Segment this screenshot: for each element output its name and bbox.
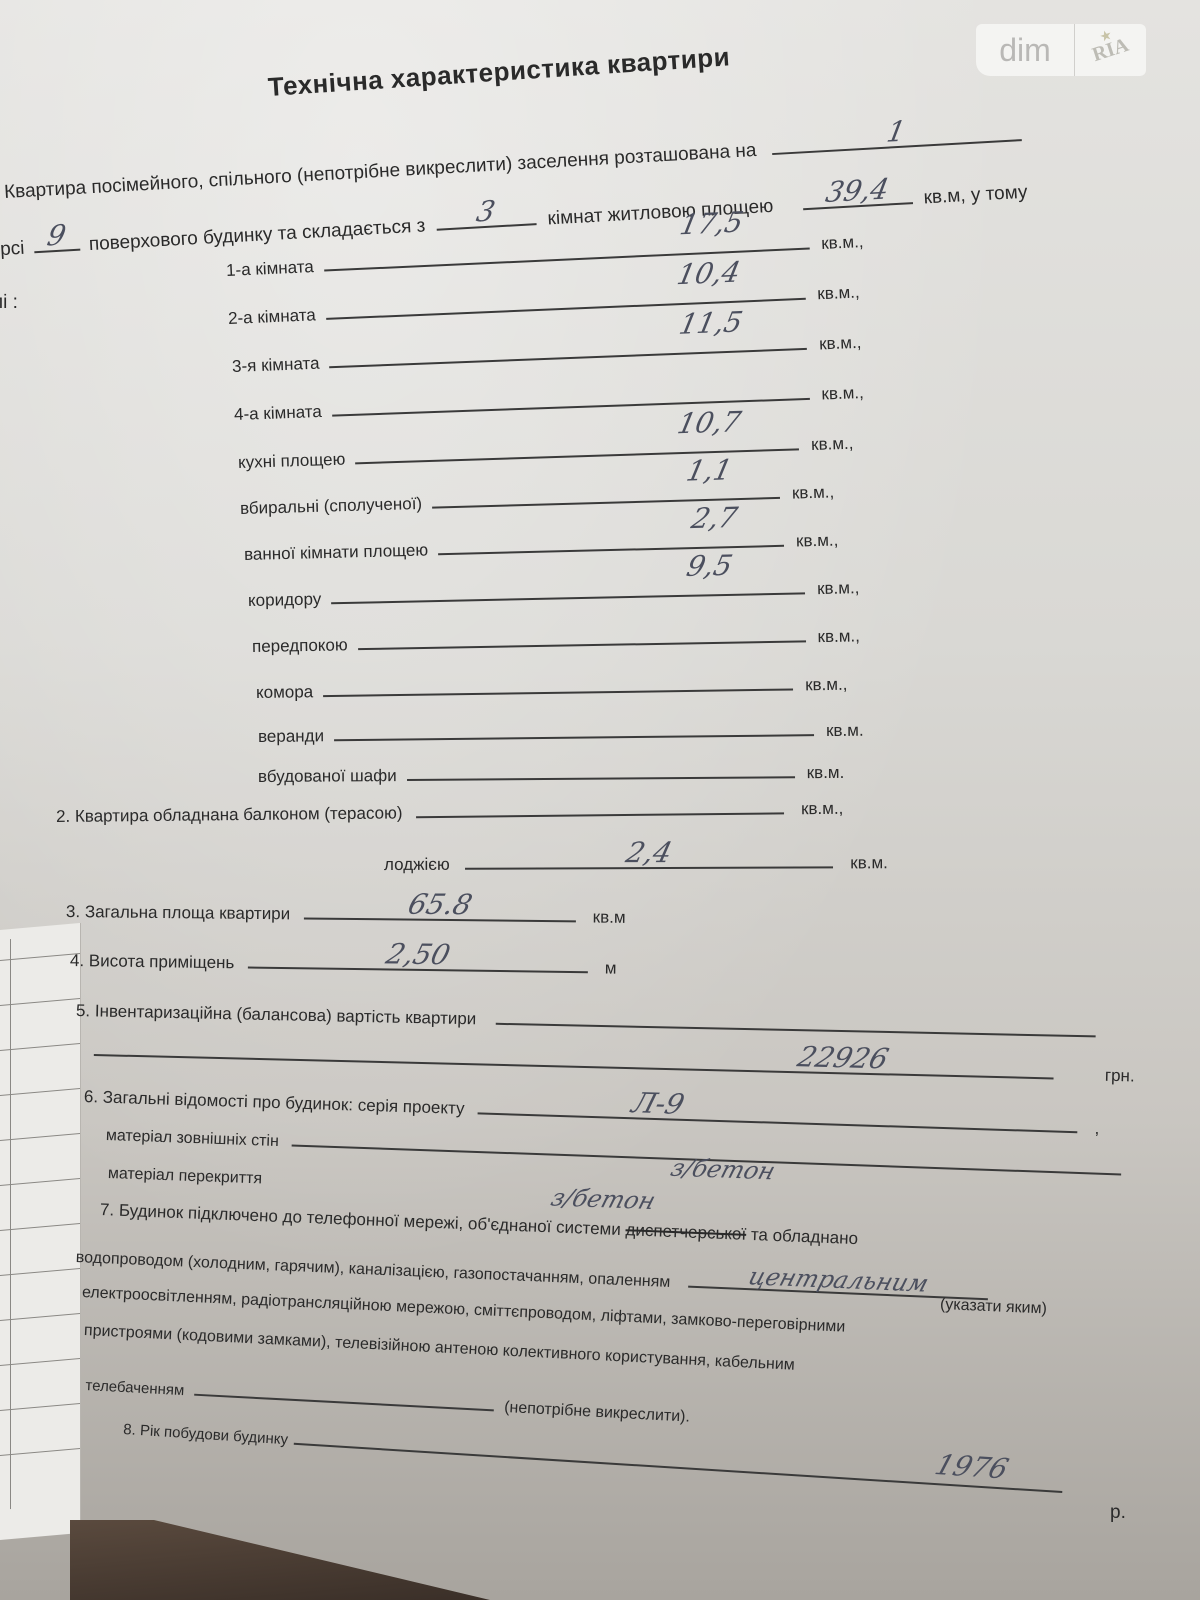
room-label: кухні площею	[238, 450, 346, 472]
utilities-text-2: водопроводом (холодним, гарячим), каналі…	[75, 1249, 670, 1291]
room-area-value: 10,7	[675, 408, 743, 438]
room-label: 1-а кімната	[226, 257, 314, 280]
inventory-value-row: 5. Інвентаризаційна (балансова) вартість…	[76, 994, 1096, 1043]
room-row: вбудованої шафикв.м.	[258, 756, 844, 788]
height-unit: м	[605, 958, 617, 977]
room-area-field[interactable]: 11,5	[329, 328, 807, 368]
height-value: 2,50	[383, 940, 453, 969]
intro-text-2c: кв.м, у тому	[923, 182, 1028, 209]
room-area-unit: кв.м.,	[792, 482, 835, 502]
walls-material-value: з/бетон	[668, 1156, 778, 1183]
room-area-field[interactable]	[357, 620, 805, 650]
document-title: Технічна характеристика квартири	[267, 41, 731, 103]
living-area-field[interactable]: 39,4	[802, 182, 913, 210]
height-row: 4. Висота приміщень 2,50 м	[70, 944, 617, 980]
heating-type-field[interactable]: центральним	[689, 1266, 990, 1301]
loggia-field[interactable]: 2,4	[465, 846, 833, 869]
room-area-field[interactable]	[334, 714, 814, 741]
rooms-count-field[interactable]: 3	[436, 203, 537, 231]
inventory-value-field-line2[interactable]: 22926	[94, 1034, 1054, 1079]
heating-hint-row: (указати яким)	[940, 1296, 1048, 1318]
height-label: 4. Висота приміщень	[70, 951, 235, 972]
room-area-unit: кв.м.,	[817, 283, 860, 304]
room-area-value: 2,7	[689, 504, 740, 533]
intro-text-1: Квартира посімейного, спільного (непотрі…	[4, 140, 757, 203]
inventory-value-label: 5. Інвентаризаційна (балансова) вартість…	[76, 1001, 477, 1028]
balcony-unit: кв.м.,	[801, 799, 844, 818]
total-area-value: 65.8	[405, 891, 475, 920]
room-area-value: 9,5	[684, 552, 735, 581]
room-label: ванної кімнати площею	[244, 541, 429, 564]
intro-cut-prefix: рсі	[0, 238, 25, 260]
room-area-value: 17,5	[677, 208, 745, 239]
project-series-field[interactable]: Л-9	[478, 1092, 1078, 1133]
intro-cut-line: лі :	[0, 292, 18, 314]
ceiling-material-value: з/бетон	[548, 1186, 658, 1213]
room-area-value: 1,1	[684, 456, 735, 485]
room-area-unit: кв.м.,	[805, 675, 848, 695]
room-row: кухні площею10,7кв.м.,	[238, 427, 854, 474]
room-row: 2-а кімната10,4кв.м.,	[227, 276, 860, 330]
room-area-unit: кв.м.,	[796, 530, 839, 550]
ceiling-material-field[interactable]: з/бетон	[275, 1164, 675, 1198]
rooms-count-value: 3	[474, 197, 497, 226]
loggia-unit: кв.м.	[850, 853, 888, 872]
room-area-value: 10,4	[674, 258, 742, 289]
room-area-unit: кв.м.,	[821, 383, 864, 403]
total-area-field[interactable]: 65.8	[303, 897, 575, 922]
inventory-value-value: 22926	[794, 1043, 891, 1073]
year-built-unit: р.	[1110, 1502, 1126, 1523]
room-area-unit: кв.м.,	[819, 333, 862, 354]
utilities-text-5b: (непотрібне викреслити).	[504, 1399, 691, 1426]
balcony-label: 2. Квартира обладнана балконом (терасою)	[56, 803, 403, 826]
room-area-unit: кв.м.	[807, 763, 845, 782]
height-field[interactable]: 2,50	[248, 946, 588, 973]
building-floors-value: 9	[44, 221, 67, 250]
room-row: передпокоюкв.м.,	[252, 619, 860, 658]
building-floors-field[interactable]: 9	[33, 229, 80, 254]
room-label: передпокою	[252, 635, 348, 656]
room-area-value: 11,5	[677, 308, 745, 339]
room-label: вбудованої шафи	[258, 766, 397, 786]
year-built-label: 8. Рік побудови будинку	[123, 1421, 289, 1448]
walls-material-label: матеріал зовнішніх стін	[106, 1127, 280, 1150]
balcony-field[interactable]	[416, 792, 784, 818]
project-series-suffix: ,	[1094, 1119, 1099, 1138]
tv-field[interactable]	[194, 1364, 495, 1412]
room-area-unit: кв.м.,	[821, 232, 864, 253]
utilities-line-1: 7. Будинок підключено до телефонної мере…	[100, 1200, 859, 1249]
inventory-value-field-line1[interactable]	[495, 1003, 1095, 1038]
loggia-label: лоджією	[384, 855, 450, 874]
room-area-unit: кв.м.,	[817, 578, 860, 598]
heating-type-value: центральним	[746, 1264, 932, 1295]
utilities-text-5a: телебаченням	[85, 1377, 185, 1399]
utilities-text-1a: 7. Будинок підключено до телефонної мере…	[100, 1200, 622, 1239]
room-row: 3-я кімната11,5кв.м.,	[231, 326, 861, 378]
year-built-value: 1976	[931, 1451, 1011, 1483]
technical-characteristics-form: Технічна характеристика квартири Квартир…	[0, 0, 1200, 1600]
heating-hint: (указати яким)	[940, 1296, 1048, 1317]
room-row: ванної кімнати площею2,7кв.м.,	[244, 523, 839, 566]
total-area-row: 3. Загальна площа квартири 65.8 кв.м	[66, 895, 626, 929]
room-label: 4-а кімната	[234, 402, 322, 424]
utilities-text-1b: та обладнано	[751, 1225, 859, 1248]
total-area-unit: кв.м	[593, 908, 626, 927]
balcony-row: 2. Квартира обладнана балконом (терасою)…	[56, 792, 844, 828]
room-area-field[interactable]	[407, 756, 795, 781]
room-row: 4-а кімнатакв.м.,	[234, 376, 865, 426]
floor-field[interactable]: 1	[771, 119, 1022, 155]
living-area-value: 39,4	[823, 175, 891, 207]
room-row: вбиральні (сполученої)1,1кв.м.,	[240, 475, 835, 520]
intro-cut-prefix-2: лі :	[0, 292, 18, 313]
room-row: коридору9,5кв.м.,	[248, 571, 860, 612]
room-area-unit: кв.м.,	[817, 626, 860, 646]
room-label: вбиральні (сполученої)	[240, 494, 423, 518]
room-label: 3-я кімната	[232, 354, 320, 376]
room-label: веранди	[258, 726, 324, 746]
project-series-value: Л-9	[629, 1089, 687, 1118]
room-label: 2-а кімната	[228, 305, 316, 328]
loggia-value: 2,4	[623, 839, 674, 867]
room-area-unit: кв.м.,	[811, 434, 854, 454]
room-area-unit: кв.м.	[826, 721, 864, 740]
ceiling-material-label: матеріал перекриття	[108, 1165, 263, 1187]
utilities-struck-text: диспетчерської	[625, 1220, 746, 1244]
ceiling-material-row: матеріал перекриття з/бетон	[108, 1158, 676, 1204]
room-label: коридору	[248, 589, 322, 610]
room-area-field[interactable]	[323, 669, 793, 698]
room-label: комора	[256, 682, 313, 702]
project-series-label: 6. Загальні відомості про будинок: серія…	[84, 1087, 465, 1118]
room-row: верандикв.м.	[258, 714, 864, 748]
inventory-value-unit: грн.	[1105, 1066, 1135, 1086]
floor-value: 1	[884, 117, 907, 146]
room-area-field[interactable]: 9,5	[331, 572, 805, 604]
year-built-unit-row: р.	[1110, 1502, 1126, 1524]
inventory-value-row-2: 22926 грн.	[94, 1034, 1135, 1087]
room-row: коморакв.м.,	[256, 668, 848, 704]
total-area-label: 3. Загальна площа квартири	[66, 902, 290, 923]
loggia-row: лоджією 2,4 кв.м.	[384, 846, 888, 876]
